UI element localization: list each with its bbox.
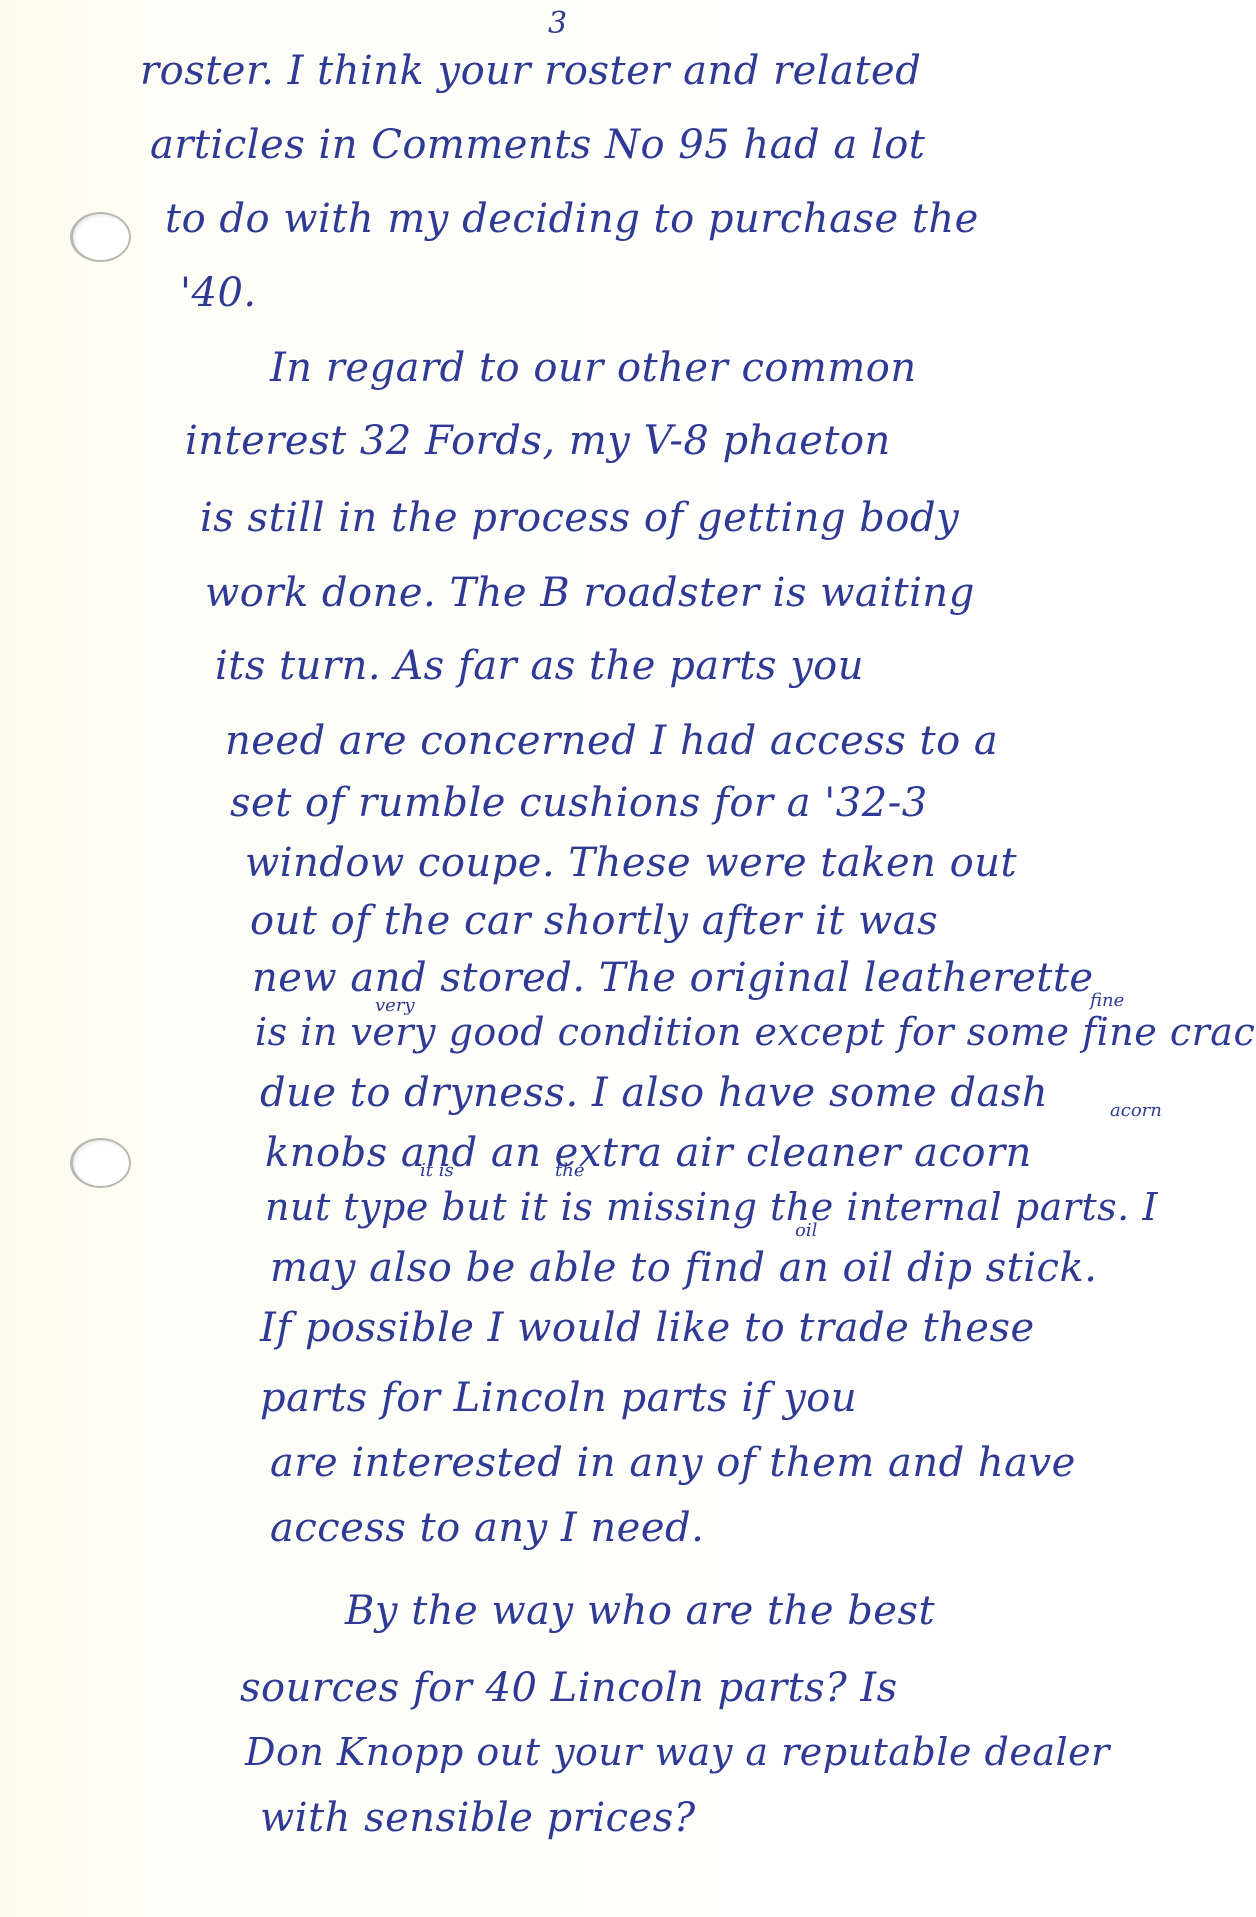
handwritten-line: due to dryness. I also have some dash: [260, 1070, 1048, 1116]
handwritten-line: is in very good condition except for som…: [255, 1010, 1256, 1054]
handwritten-line: roster. I think your roster and related: [140, 48, 921, 94]
letter-page: 3 roster. I think your roster and relate…: [0, 0, 1256, 1917]
insertion-the: the: [555, 1160, 584, 1181]
handwritten-line: knobs and an extra air cleaner acorn: [265, 1130, 1032, 1176]
handwritten-line: set of rumble cushions for a '32-3: [230, 780, 928, 826]
handwritten-line: work done. The B roadster is waiting: [205, 570, 975, 616]
handwritten-line: its turn. As far as the parts you: [215, 643, 864, 689]
insertion-oil: oil: [795, 1220, 817, 1241]
insertion-it-is: it is: [420, 1160, 454, 1181]
handwritten-line: Don Knopp out your way a reputable deale…: [245, 1730, 1110, 1774]
handwritten-line: out of the car shortly after it was: [250, 898, 938, 944]
handwritten-line: may also be able to find an oil dip stic…: [270, 1245, 1097, 1291]
handwritten-line: access to any I need.: [270, 1505, 704, 1551]
handwritten-line: need are concerned I had access to a: [225, 718, 998, 764]
handwritten-line: are interested in any of them and have: [270, 1440, 1076, 1486]
handwritten-line: nut type but it is missing the internal …: [265, 1185, 1158, 1229]
handwritten-line: '40.: [180, 270, 257, 316]
handwritten-line: By the way who are the best: [345, 1588, 935, 1634]
handwritten-line: articles in Comments No 95 had a lot: [150, 122, 925, 168]
handwritten-line: sources for 40 Lincoln parts? Is: [240, 1665, 898, 1711]
handwritten-line: If possible I would like to trade these: [260, 1305, 1035, 1351]
punch-hole-top: [70, 212, 131, 262]
page-number: 3: [548, 6, 567, 41]
handwritten-line: parts for Lincoln parts if you: [260, 1375, 857, 1421]
insertion-fine: fine: [1090, 990, 1124, 1011]
handwritten-line: to do with my deciding to purchase the: [165, 196, 979, 242]
handwritten-line: window coupe. These were taken out: [245, 840, 1017, 886]
handwritten-line: In regard to our other common: [270, 345, 917, 391]
handwritten-line: is still in the process of getting body: [200, 495, 959, 541]
handwritten-line: interest 32 Fords, my V-8 phaeton: [185, 418, 891, 464]
handwritten-line: with sensible prices?: [260, 1795, 696, 1841]
insertion-acorn: acorn: [1110, 1100, 1162, 1121]
punch-hole-bottom: [70, 1138, 131, 1188]
